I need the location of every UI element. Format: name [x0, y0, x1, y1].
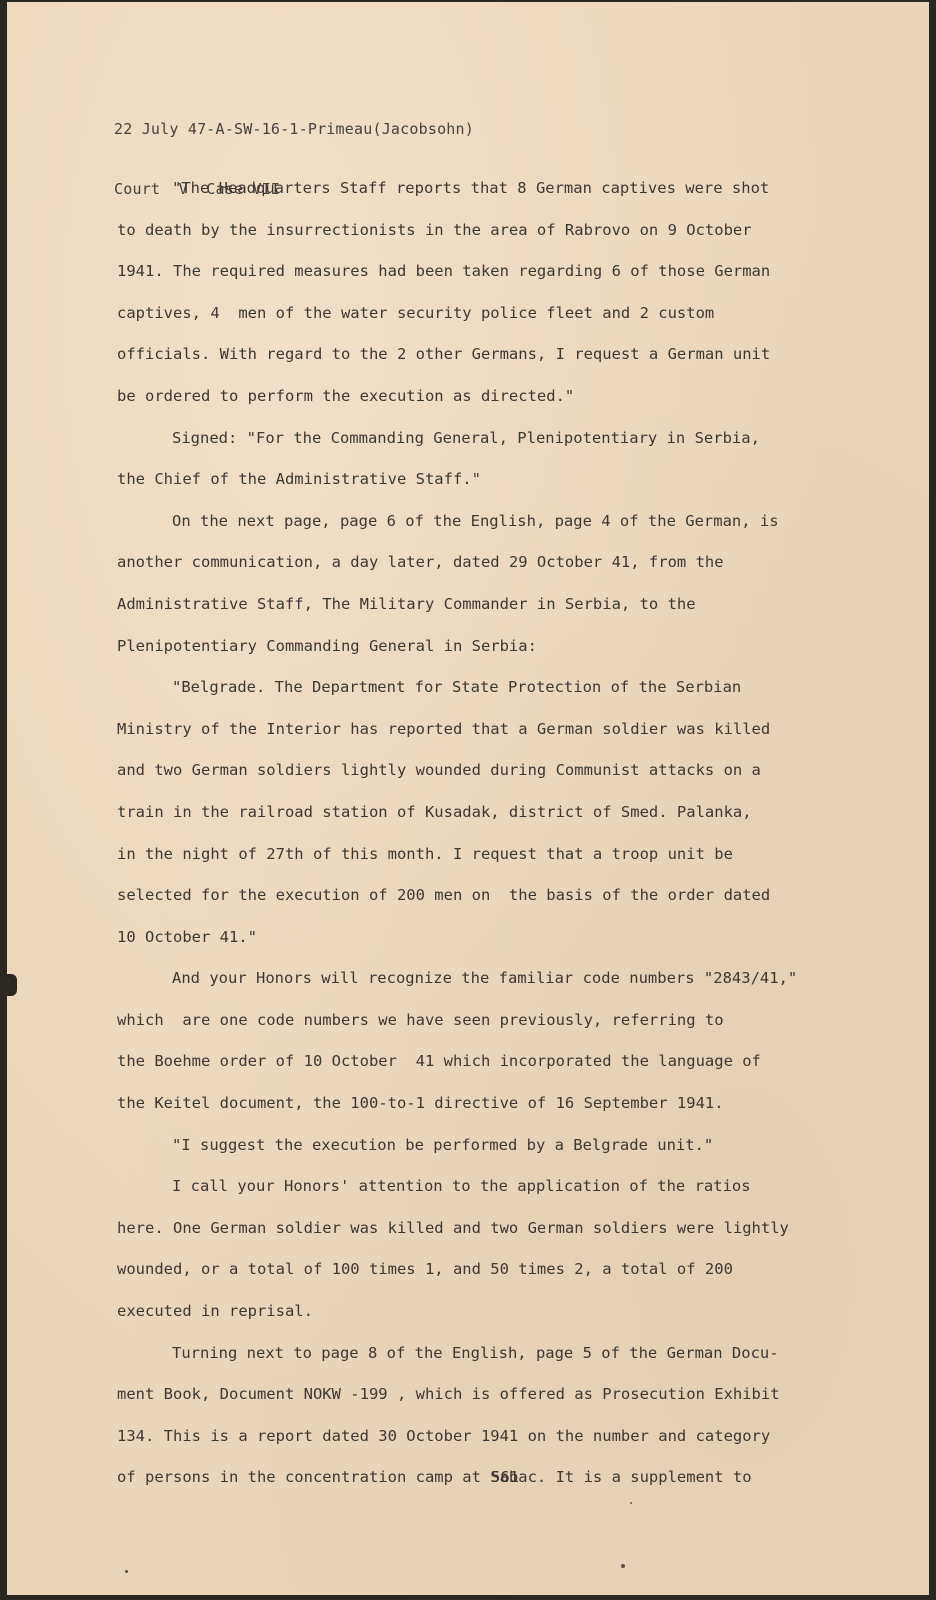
- text-line: "I suggest the execution be performed by…: [117, 1125, 877, 1167]
- text-line: the Boehme order of 10 October 41 which …: [117, 1041, 877, 1083]
- text-line: Plenipotentiary Commanding General in Se…: [117, 626, 877, 668]
- text-line: 134. This is a report dated 30 October 1…: [117, 1416, 877, 1458]
- text-line: 10 October 41.": [117, 917, 877, 959]
- text-line: captives, 4 men of the water security po…: [117, 293, 877, 335]
- text-line: On the next page, page 6 of the English,…: [117, 501, 877, 543]
- text-line: I call your Honors' attention to the app…: [117, 1166, 877, 1208]
- text-line: And your Honors will recognize the famil…: [117, 958, 877, 1000]
- text-line: ment Book, Document NOKW -199 , which is…: [117, 1374, 877, 1416]
- header-reference-line: 22 July 47-A-SW-16-1-Primeau(Jacobsohn): [114, 119, 474, 139]
- text-line: be ordered to perform the execution as d…: [117, 376, 877, 418]
- text-line: train in the railroad station of Kusadak…: [117, 792, 877, 834]
- text-line: which are one code numbers we have seen …: [117, 1000, 877, 1042]
- text-line: the Keitel document, the 100-to-1 direct…: [117, 1083, 877, 1125]
- text-line: Turning next to page 8 of the English, p…: [117, 1333, 877, 1375]
- page-number: 561: [491, 1468, 519, 1486]
- text-line: "The Headquarters Staff reports that 8 G…: [117, 168, 877, 210]
- page-edge-notch: [7, 974, 17, 996]
- text-line: the Chief of the Administrative Staff.": [117, 459, 877, 501]
- text-line: in the night of 27th of this month. I re…: [117, 834, 877, 876]
- text-line: another communication, a day later, date…: [117, 542, 877, 584]
- transcript-body: "The Headquarters Staff reports that 8 G…: [117, 168, 877, 1499]
- text-line: and two German soldiers lightly wounded …: [117, 750, 877, 792]
- text-line: Administrative Staff, The Military Comma…: [117, 584, 877, 626]
- text-line: selected for the execution of 200 men on…: [117, 875, 877, 917]
- text-line: Ministry of the Interior has reported th…: [117, 709, 877, 751]
- document-page: 22 July 47-A-SW-16-1-Primeau(Jacobsohn) …: [7, 2, 929, 1595]
- paper-speck: [621, 1564, 625, 1568]
- text-line: executed in reprisal.: [117, 1291, 877, 1333]
- text-line: to death by the insurrectionists in the …: [117, 210, 877, 252]
- text-line: officials. With regard to the 2 other Ge…: [117, 334, 877, 376]
- text-line: wounded, or a total of 100 times 1, and …: [117, 1249, 877, 1291]
- text-line: "Belgrade. The Department for State Prot…: [117, 667, 877, 709]
- text-line: Signed: "For the Commanding General, Ple…: [117, 418, 877, 460]
- text-line: 1941. The required measures had been tak…: [117, 251, 877, 293]
- paper-speck: [630, 1502, 632, 1504]
- paper-speck: [125, 1570, 128, 1573]
- text-line: here. One German soldier was killed and …: [117, 1208, 877, 1250]
